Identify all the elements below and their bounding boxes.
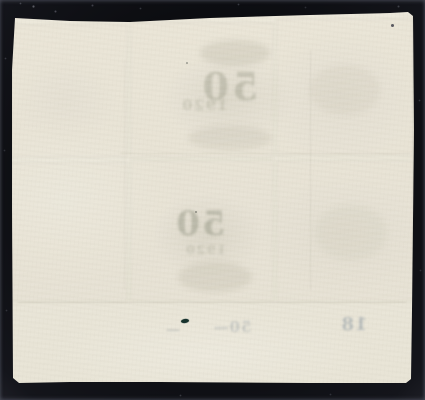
ghost-year-top: 1920 <box>178 99 230 113</box>
paper-edge-shade <box>10 10 415 386</box>
ghost-plate-number: 18 <box>336 316 372 334</box>
ghost-stamp-top-right <box>276 18 414 156</box>
ghost-ornament-smudge-top <box>188 126 272 150</box>
ghost-smudge-right-center <box>315 205 387 260</box>
ghost-stamp-bottom-center <box>130 160 274 302</box>
ghost-smudge-right-top <box>310 65 380 115</box>
stamp-block-reverse: 50 1920 50 1920 — 50— 18 <box>10 10 415 386</box>
photo-frame: 50 1920 50 1920 — 50— 18 <box>0 0 425 400</box>
stamp-row-boundary <box>120 153 410 154</box>
ghost-value-center: 50 <box>172 207 228 241</box>
ghost-value-top: 50 <box>198 68 260 106</box>
paper-speck-top <box>186 62 188 64</box>
ghost-stamp-bottom-right <box>276 160 414 302</box>
stamp-column-boundary-right <box>310 50 311 290</box>
ghost-stamp-top-center <box>130 22 274 158</box>
paper-grain-texture <box>10 10 415 386</box>
paper-speck-center <box>195 211 197 213</box>
paper-speck-top-right <box>391 24 394 27</box>
ghost-margin-dash: — <box>156 323 190 337</box>
ghost-ornament-smudge-center <box>178 262 252 292</box>
dust-speckles <box>0 0 1 1</box>
stamp-column-boundary-left <box>124 60 125 290</box>
ghost-margin-value: 50— <box>200 320 264 335</box>
ghost-stamp-top-left <box>2 24 128 158</box>
ghost-crown-smudge-top <box>200 40 270 66</box>
selvage-edge-line <box>18 302 406 303</box>
ink-speck <box>181 318 189 323</box>
ghost-year-center: 1920 <box>182 244 228 256</box>
ghost-stamp-bottom-left <box>2 162 128 302</box>
